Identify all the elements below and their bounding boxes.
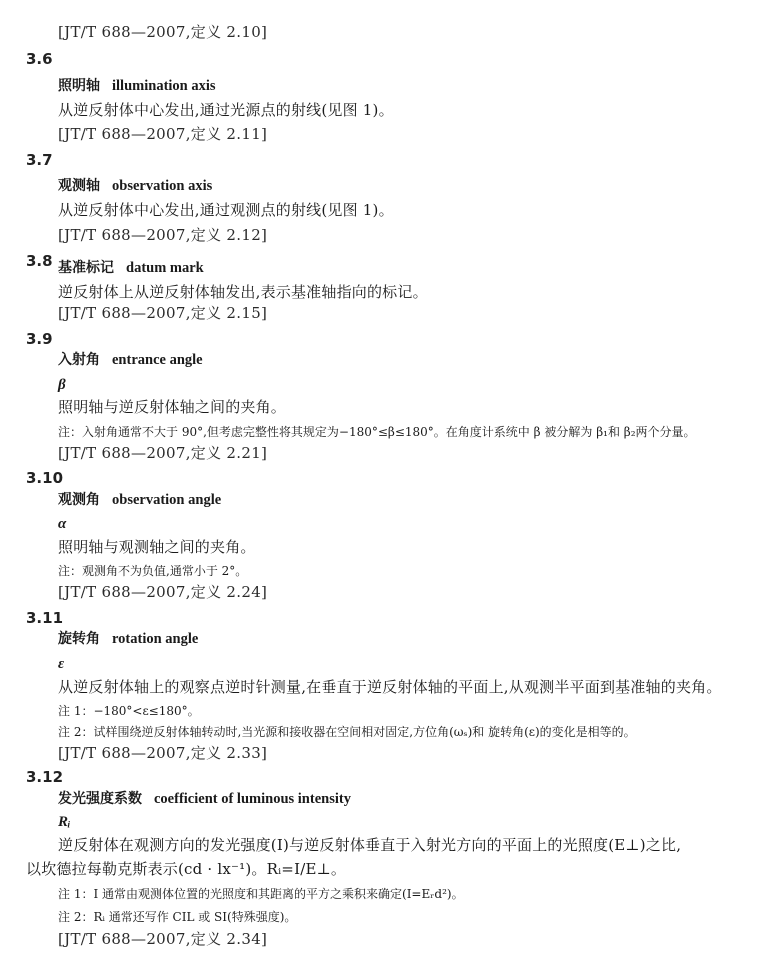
term-3-10: 观测角observation angle — [58, 493, 221, 508]
reference-2-33: [JT/T 688—2007,定义 2.33] — [58, 746, 267, 761]
term-en: entrance angle — [112, 352, 203, 368]
term-zh: 发光强度系数 — [58, 791, 142, 807]
symbol-beta: β — [58, 378, 66, 393]
clause-number-3-7: 3.7 — [26, 153, 53, 168]
term-3-11: 旋转角rotation angle — [58, 632, 198, 647]
note-2-3-12: 注 2：Rᵢ 通常还写作 CIL 或 SI(特殊强度)。 — [58, 911, 296, 923]
reference-2-21: [JT/T 688—2007,定义 2.21] — [58, 446, 267, 461]
clause-number-3-8: 3.8 — [26, 254, 53, 269]
note-1-3-12: 注 1：I 通常由观测体位置的光照度和其距离的平方之乘积来确定(I=Eᵣd²)。 — [58, 888, 464, 900]
term-en: observation angle — [112, 492, 221, 508]
reference-2-24: [JT/T 688—2007,定义 2.24] — [58, 585, 267, 600]
definition-3-9: 照明轴与逆反射体轴之间的夹角。 — [58, 400, 286, 415]
term-en: coefficient of luminous intensity — [154, 791, 351, 807]
definition-3-10: 照明轴与观测轴之间的夹角。 — [58, 540, 256, 555]
note-3-9: 注：入射角通常不大于 90°,但考虑完整性将其规定为−180°≤β≤180°。在… — [58, 426, 696, 438]
reference-2-15: [JT/T 688—2007,定义 2.15] — [58, 306, 267, 321]
reference-2-10: [JT/T 688—2007,定义 2.10] — [58, 25, 267, 40]
definition-3-12-line1: 逆反射体在观测方向的发光强度(I)与逆反射体垂直于入射光方向的平面上的光照度(E… — [58, 838, 681, 853]
term-3-9: 入射角entrance angle — [58, 353, 203, 368]
term-3-8: 基准标记datum mark — [58, 261, 204, 276]
definition-3-11: 从逆反射体轴上的观察点逆时针测量,在垂直于逆反射体轴的平面上,从观测半平面到基准… — [58, 680, 722, 695]
clause-number-3-10: 3.10 — [26, 471, 63, 486]
symbol-epsilon: ε — [58, 657, 64, 672]
definition-3-12-line2: 以坎德拉每勒克斯表示(cd · lx⁻¹)。Rᵢ=I/E⊥。 — [26, 862, 346, 877]
note-1-3-11: 注 1：−180°<ε≤180°。 — [58, 705, 200, 717]
term-3-7: 观测轴observation axis — [58, 179, 212, 194]
term-en: rotation angle — [112, 631, 198, 647]
term-en: datum mark — [126, 260, 204, 276]
symbol-alpha: α — [58, 517, 66, 532]
term-en: illumination axis — [112, 78, 216, 94]
term-3-12: 发光强度系数coefficient of luminous intensity — [58, 792, 351, 807]
clause-number-3-11: 3.11 — [26, 611, 63, 626]
term-zh: 观测角 — [58, 492, 100, 508]
term-zh: 观测轴 — [58, 178, 100, 194]
clause-number-3-9: 3.9 — [26, 332, 53, 347]
note-2-3-11: 注 2：试样围绕逆反射体轴转动时,当光源和接收器在空间相对固定,方位角(ωₛ)和… — [58, 726, 636, 738]
definition-3-6: 从逆反射体中心发出,通过光源点的射线(见图 1)。 — [58, 103, 394, 118]
note-3-10: 注：观测角不为负值,通常小于 2°。 — [58, 565, 247, 577]
clause-number-3-12: 3.12 — [26, 770, 63, 785]
term-zh: 照明轴 — [58, 78, 100, 94]
symbol-ri: Rᵢ — [58, 815, 71, 830]
term-en: observation axis — [112, 178, 212, 194]
term-zh: 旋转角 — [58, 631, 100, 647]
reference-2-34: [JT/T 688—2007,定义 2.34] — [58, 932, 267, 947]
clause-number-3-6: 3.6 — [26, 52, 53, 67]
definition-3-8: 逆反射体上从逆反射体轴发出,表示基准轴指向的标记。 — [58, 285, 428, 300]
reference-2-12: [JT/T 688—2007,定义 2.12] — [58, 228, 267, 243]
reference-2-11: [JT/T 688—2007,定义 2.11] — [58, 127, 267, 142]
term-3-6: 照明轴illumination axis — [58, 79, 216, 94]
term-zh: 入射角 — [58, 352, 100, 368]
term-zh: 基准标记 — [58, 260, 114, 276]
definition-3-7: 从逆反射体中心发出,通过观测点的射线(见图 1)。 — [58, 203, 394, 218]
